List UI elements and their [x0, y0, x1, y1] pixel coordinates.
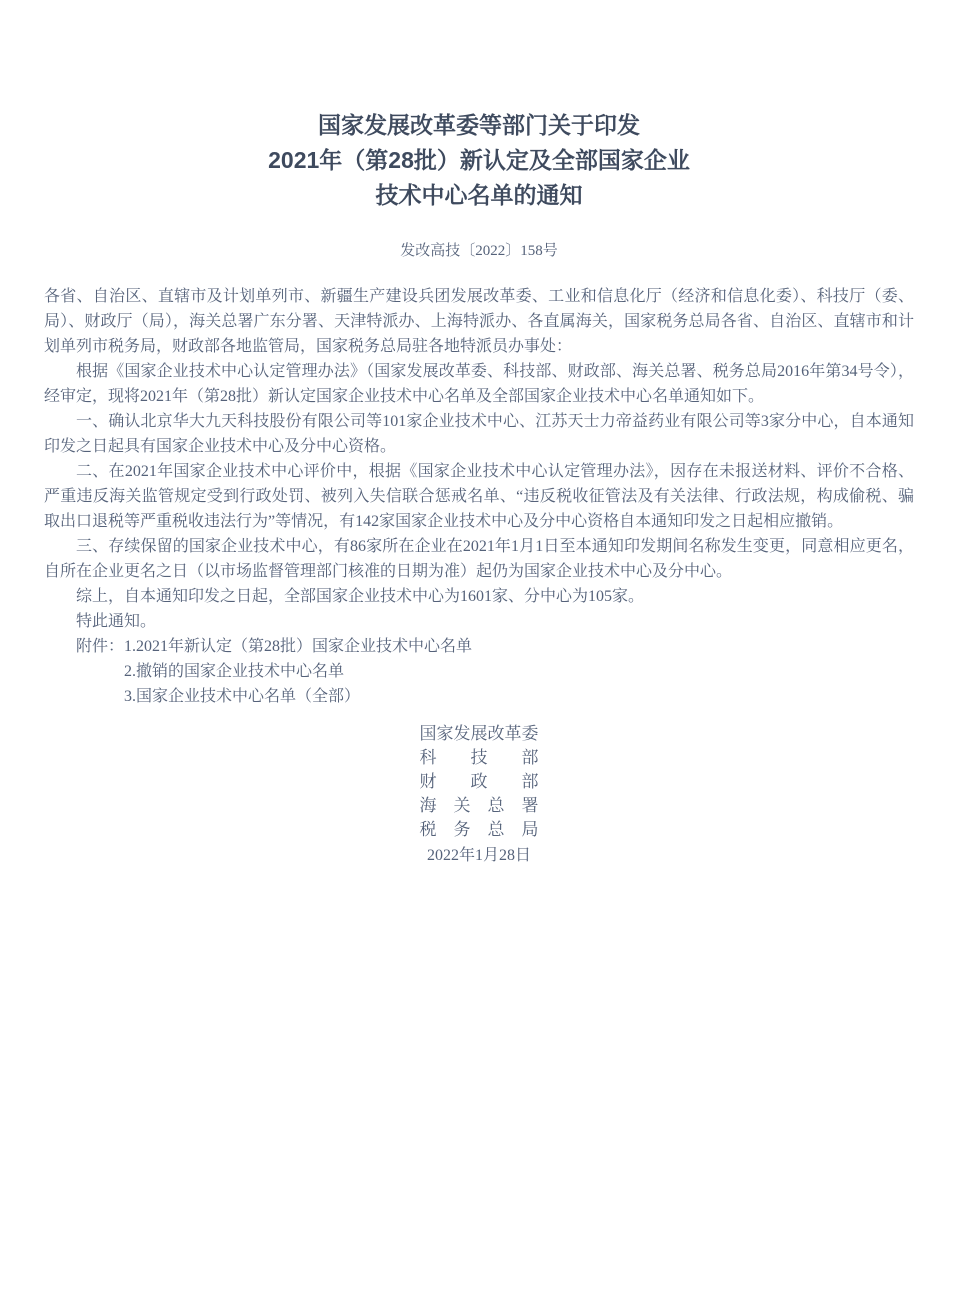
page-title: 国家发展改革委等部门关于印发 2021年（第28批）新认定及全部国家企业 技术中…	[44, 108, 914, 213]
notice-body: 各省、自治区、直辖市及计划单列市、新疆生产建设兵团发展改革委、工业和信息化厅（经…	[44, 284, 914, 709]
paragraph-recipients: 各省、自治区、直辖市及计划单列市、新疆生产建设兵团发展改革委、工业和信息化厅（经…	[44, 284, 914, 359]
attachments: 附件： 1.2021年新认定（第28批）国家企业技术中心名单 2.撤销的国家企业…	[76, 634, 914, 709]
signature-agency-tax: 税务总局	[420, 818, 539, 842]
notice-page: 国家发展改革委等部门关于印发 2021年（第28批）新认定及全部国家企业 技术中…	[0, 0, 958, 1315]
signature-agency-most: 科技部	[420, 746, 539, 770]
attachments-label: 附件：	[76, 634, 124, 659]
signature-agency-mof: 财政部	[420, 770, 539, 794]
signature-inner: 国家发展改革委 科技部 财政部 海关总署 税务总局 2022年1月28日	[420, 722, 539, 868]
paragraph-closing: 特此通知。	[44, 609, 914, 634]
attachment-item-2: 2.撤销的国家企业技术中心名单	[124, 659, 914, 684]
title-line-2: 2021年（第28批）新认定及全部国家企业	[44, 143, 914, 178]
attachment-item-3: 3.国家企业技术中心名单（全部）	[124, 684, 914, 709]
paragraph-summary: 综上，自本通知印发之日起，全部国家企业技术中心为1601家、分中心为105家。	[44, 584, 914, 609]
attachment-item-1: 1.2021年新认定（第28批）国家企业技术中心名单	[124, 634, 914, 659]
paragraph-item-1: 一、确认北京华大九天科技股份有限公司等101家企业技术中心、江苏天士力帝益药业有…	[44, 409, 914, 459]
title-line-1: 国家发展改革委等部门关于印发	[44, 108, 914, 143]
paragraph-item-3: 三、存续保留的国家企业技术中心，有86家所在企业在2021年1月1日至本通知印发…	[44, 534, 914, 584]
paragraph-item-2: 二、在2021年国家企业技术中心评价中，根据《国家企业技术中心认定管理办法》，因…	[44, 459, 914, 534]
signature-agency-ndrc: 国家发展改革委	[420, 722, 539, 746]
signature-block: 国家发展改革委 科技部 财政部 海关总署 税务总局 2022年1月28日	[44, 722, 914, 868]
title-line-3: 技术中心名单的通知	[44, 178, 914, 213]
paragraph-basis: 根据《国家企业技术中心认定管理办法》（国家发展改革委、科技部、财政部、海关总署、…	[44, 359, 914, 409]
signature-agency-customs: 海关总署	[420, 794, 539, 818]
doc-number: 发改高技〔2022〕158号	[44, 242, 914, 260]
signature-date: 2022年1月28日	[420, 844, 539, 868]
attachments-list: 1.2021年新认定（第28批）国家企业技术中心名单 2.撤销的国家企业技术中心…	[124, 634, 914, 709]
